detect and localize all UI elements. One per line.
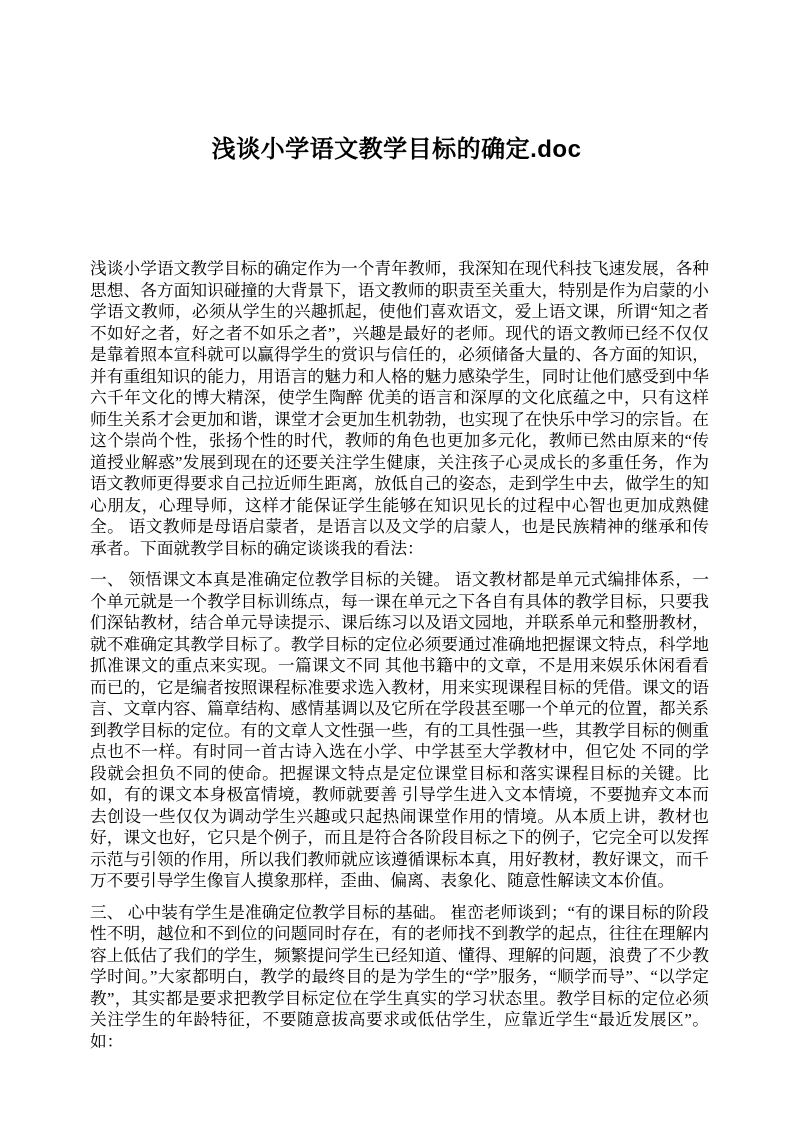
body-paragraph: 三、 心中装有学生是准确定位教学目标的基础。 崔峦老师谈到；“有的课目标的阶段性… [90, 902, 709, 1053]
document-title: 浅谈小学语文教学目标的确定.doc [0, 0, 793, 166]
body-paragraph: 一、 领悟课文本真是准确定位教学目标的关键。 语文教材都是单元式编排体系，一个单… [90, 569, 709, 892]
document-page: 浅谈小学语文教学目标的确定.doc 浅谈小学语文教学目标的确定作为一个青年教师，… [0, 0, 793, 1122]
document-body: 浅谈小学语文教学目标的确定作为一个青年教师，我深知在现代科技飞速发展，各种思想、… [90, 258, 709, 1062]
body-paragraph: 浅谈小学语文教学目标的确定作为一个青年教师，我深知在现代科技飞速发展，各种思想、… [90, 258, 709, 559]
